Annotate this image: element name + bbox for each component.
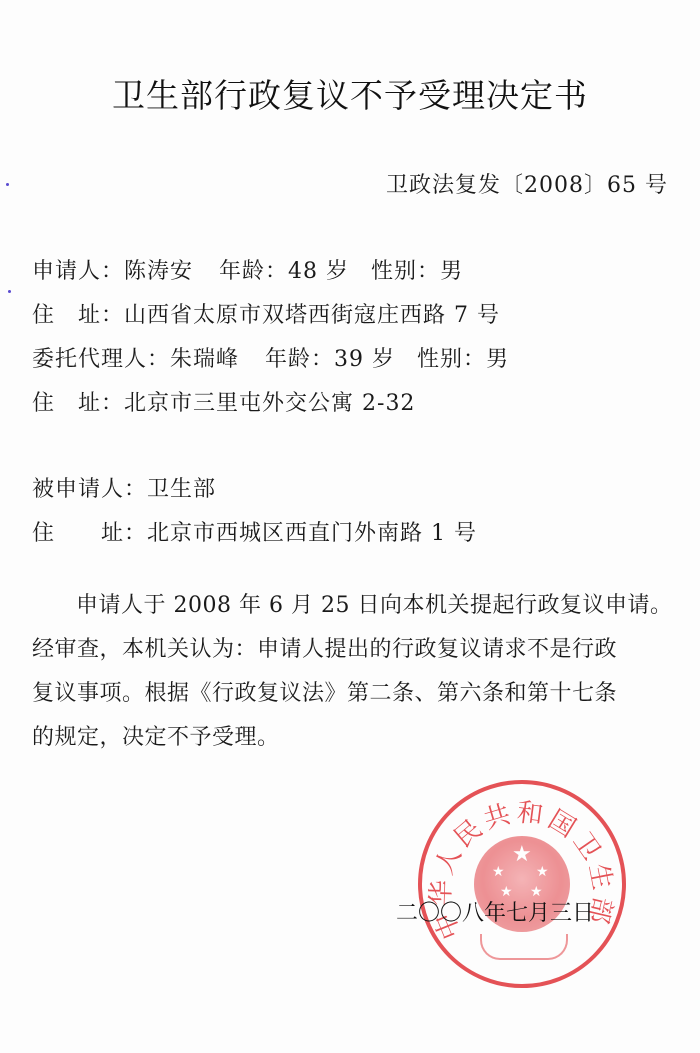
applicant-age-label: 年龄： [219, 254, 288, 285]
agent-address-line: 住 址：北京市三里屯外交公寓 2-32 [32, 386, 415, 417]
body-line: 复议事项。根据《行政复议法》第二条、第六条和第十七条 [32, 672, 692, 716]
applicant-line: 申请人：陈涛安年龄：48 岁性别：男 [32, 254, 463, 285]
respondent-address-line: 住 址：北京市西城区西直门外南路 1 号 [32, 516, 477, 547]
respondent-line: 被申请人：卫生部 [32, 472, 216, 503]
applicant-address-label: 住 址： [32, 298, 124, 329]
issue-date: 二〇〇八年七月三日 [396, 896, 594, 927]
document-page: 卫生部行政复议不予受理决定书 卫政法复发〔2008〕65 号 申请人：陈涛安年龄… [0, 0, 700, 1053]
respondent-label: 被申请人： [32, 472, 147, 503]
respondent-name: 卫生部 [147, 472, 216, 503]
scan-speck [6, 183, 9, 186]
applicant-age: 48 岁 [288, 254, 349, 285]
agent-gender: 男 [486, 342, 509, 373]
applicant-address: 山西省太原市双塔西街寇庄西路 7 号 [124, 298, 500, 329]
respondent-address-label: 住 址： [32, 516, 147, 547]
agent-age-label: 年龄： [265, 342, 334, 373]
applicant-gender-label: 性别： [371, 254, 440, 285]
agent-gender-label: 性别： [417, 342, 486, 373]
agent-age: 39 岁 [334, 342, 395, 373]
applicant-address-line: 住 址：山西省太原市双塔西街寇庄西路 7 号 [32, 298, 500, 329]
agent-address-label: 住 址： [32, 386, 124, 417]
document-number: 卫政法复发〔2008〕65 号 [386, 168, 668, 199]
applicant-gender: 男 [440, 254, 463, 285]
applicant-name: 陈涛安 [124, 254, 193, 285]
emblem-base [480, 934, 568, 960]
body-line: 申请人于 2008 年 6 月 25 日向本机关提起行政复议申请。 [32, 584, 692, 628]
agent-name: 朱瑞峰 [170, 342, 239, 373]
body-line: 的规定，决定不予受理。 [32, 716, 692, 760]
official-seal: 中华人民共和国卫生部 ★ ★ ★ ★ ★ [418, 780, 626, 988]
applicant-label: 申请人： [32, 254, 124, 285]
scan-speck [8, 290, 11, 293]
body-line: 经审查，本机关认为：申请人提出的行政复议请求不是行政 [32, 628, 692, 672]
decision-body: 申请人于 2008 年 6 月 25 日向本机关提起行政复议申请。 经审查，本机… [32, 584, 692, 760]
document-title: 卫生部行政复议不予受理决定书 [0, 70, 700, 117]
respondent-address: 北京市西城区西直门外南路 1 号 [147, 516, 477, 547]
agent-label: 委托代理人： [32, 342, 170, 373]
agent-line: 委托代理人：朱瑞峰年龄：39 岁性别：男 [32, 342, 509, 373]
agent-address: 北京市三里屯外交公寓 2-32 [124, 386, 415, 417]
